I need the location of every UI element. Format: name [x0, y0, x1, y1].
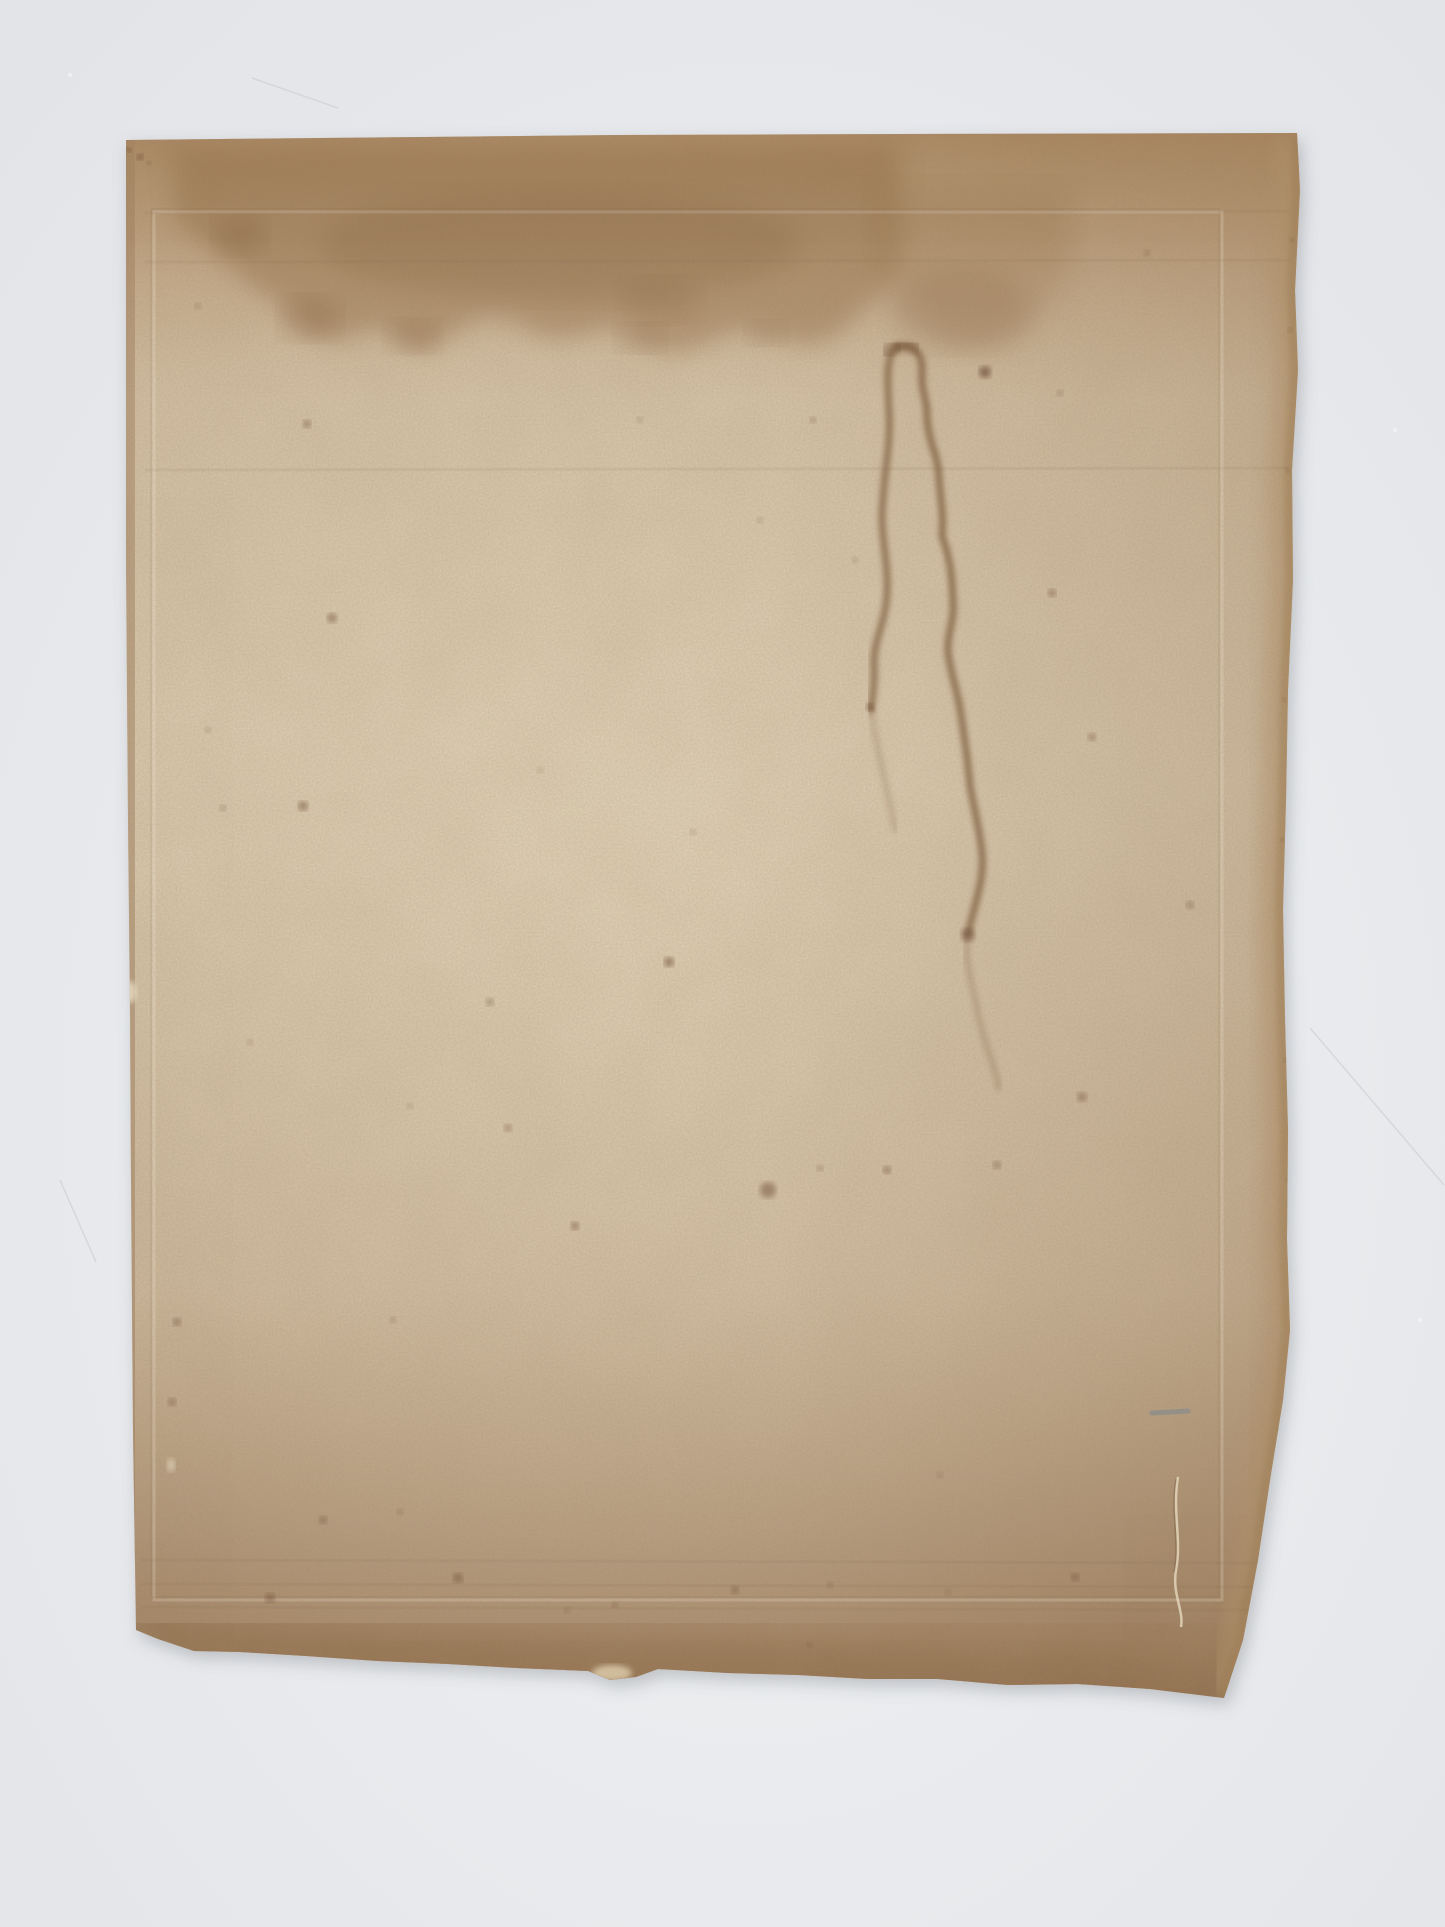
background-speck	[68, 73, 72, 77]
background-speck	[1418, 1318, 1422, 1322]
left-edge-fleck	[167, 1458, 175, 1472]
staple-mark	[1152, 1411, 1188, 1413]
paper-surface-details	[110, 120, 1320, 1720]
paper-grain-light	[110, 120, 1320, 1720]
background-speck	[1393, 428, 1397, 432]
scene-svg	[0, 0, 1445, 1927]
photo-aged-paper-sheet	[0, 0, 1445, 1927]
